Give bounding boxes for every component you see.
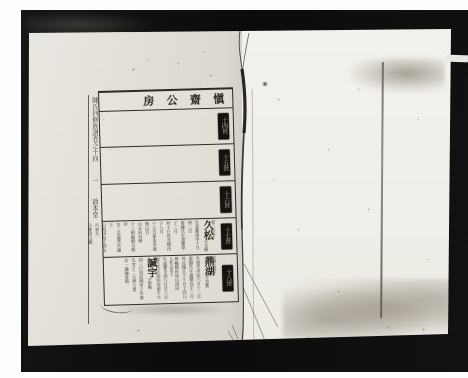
entry-biography: 生嘉慶庚申十月初二日 娶陳氏生嘉慶甲子二月 初十日歿光緒丙子八月 十五日葬本里屋… [87, 220, 202, 256]
entry-name-text: 諴宇 [145, 257, 157, 277]
table-row: 十四世 [100, 108, 234, 148]
entry-biography: 生咸豐辛酉八月廿六日 娶王氏生同治癸酉十月 [155, 257, 171, 302]
header-char: 愼 [213, 90, 224, 106]
entry-courtesy-name: 字官寶 [205, 276, 210, 288]
generation-badge: 十七世 [221, 223, 233, 249]
spine-folio-strip: 陳氏四修族譜卷之十四 一 敦本堂 [88, 95, 98, 324]
book-page-spread: 陳氏四修族譜卷之十四 一 敦本堂 愼 齋 公 房 十四世 十五世 [28, 29, 452, 347]
entry-name: 久松字全樹 [201, 220, 212, 253]
table-row: 十五世 [101, 144, 235, 185]
genealogy-table: 愼 齋 公 房 十四世 十五世 十六世 十七世 紹三公長子 [98, 87, 239, 306]
generation-badge: 十六世 [220, 186, 232, 212]
foxing-stain-bottom [283, 279, 452, 338]
entry-biography: 生道光甲辰六月十二日 娶劉氏生咸豐戊午三月 歿民國壬子十月十四日 葬楓樹坪卯山酉… [173, 256, 203, 302]
header-char: 房 [143, 92, 154, 108]
entry-headnote: 平峰公長子 [213, 256, 218, 301]
genealogy-entry: 紹三公長子 久松字全樹 生嘉慶庚申十月初二日 娶陳氏生嘉慶甲子二月 初十日歿光緒… [87, 220, 217, 257]
entry-headnote: 紹三公長子 [212, 220, 217, 253]
generation-badge: 十五世 [219, 149, 231, 175]
genealogy-entry: 平峰公長子 鼎湖字官寶 生道光甲辰六月十二日 娶劉氏生咸豐戊午三月 歿民國壬子十… [173, 256, 218, 302]
bottom-smudge [116, 303, 228, 316]
header-char: 齋 [190, 91, 201, 107]
entry-name-text: 鼎湖 [202, 256, 214, 276]
entry-name: 鼎湖字官寶 [202, 256, 213, 301]
table-row: 十六世 [102, 181, 236, 222]
generation-badge: 十四世 [218, 113, 230, 139]
ink-fleck [262, 81, 268, 87]
entry-courtesy-name: 字全樹 [204, 240, 209, 252]
genealogy-entry: 久松公次子 生咸豐辛酉八月廿六日 娶王氏生同治癸酉十月 諴宇字相晚 初三日歿民國… [123, 257, 175, 303]
header-char: 公 [166, 92, 177, 108]
spine-title: 陳氏四修族譜卷之十四 [91, 97, 98, 162]
foxing-stain-top [350, 58, 445, 92]
book-photograph: 陳氏四修族譜卷之十四 一 敦本堂 愼 齋 公 房 十四世 十五世 [21, 10, 468, 372]
entry-biography: 初三日歿民國甲子年葬 失考子二大發大貴 女一適陳家塅 [123, 258, 146, 304]
screenshot-stage: 陳氏四修族譜卷之十四 一 敦本堂 愼 齋 公 房 十四世 十五世 [0, 0, 468, 378]
entry-courtesy-name: 字相晚 [148, 278, 153, 290]
generation-badge: 十八世 [222, 265, 234, 291]
spine-page-number: 一 [91, 177, 98, 184]
table-row: 十七世 紹三公長子 久松字全樹 生嘉慶庚申十月初二日 娶陳氏生嘉慶甲子二月 初十… [103, 218, 237, 258]
spine-hall-mark: 敦本堂 [91, 199, 98, 219]
table-row: 十八世 平峰公長子 鼎湖字官寶 生道光甲辰六月十二日 娶劉氏生咸豐戊午三月 歿民… [104, 254, 238, 305]
page-edge-notch [446, 55, 468, 63]
entry-name-text: 久松 [201, 220, 213, 240]
entry-name: 諴宇字相晚 [145, 257, 156, 302]
